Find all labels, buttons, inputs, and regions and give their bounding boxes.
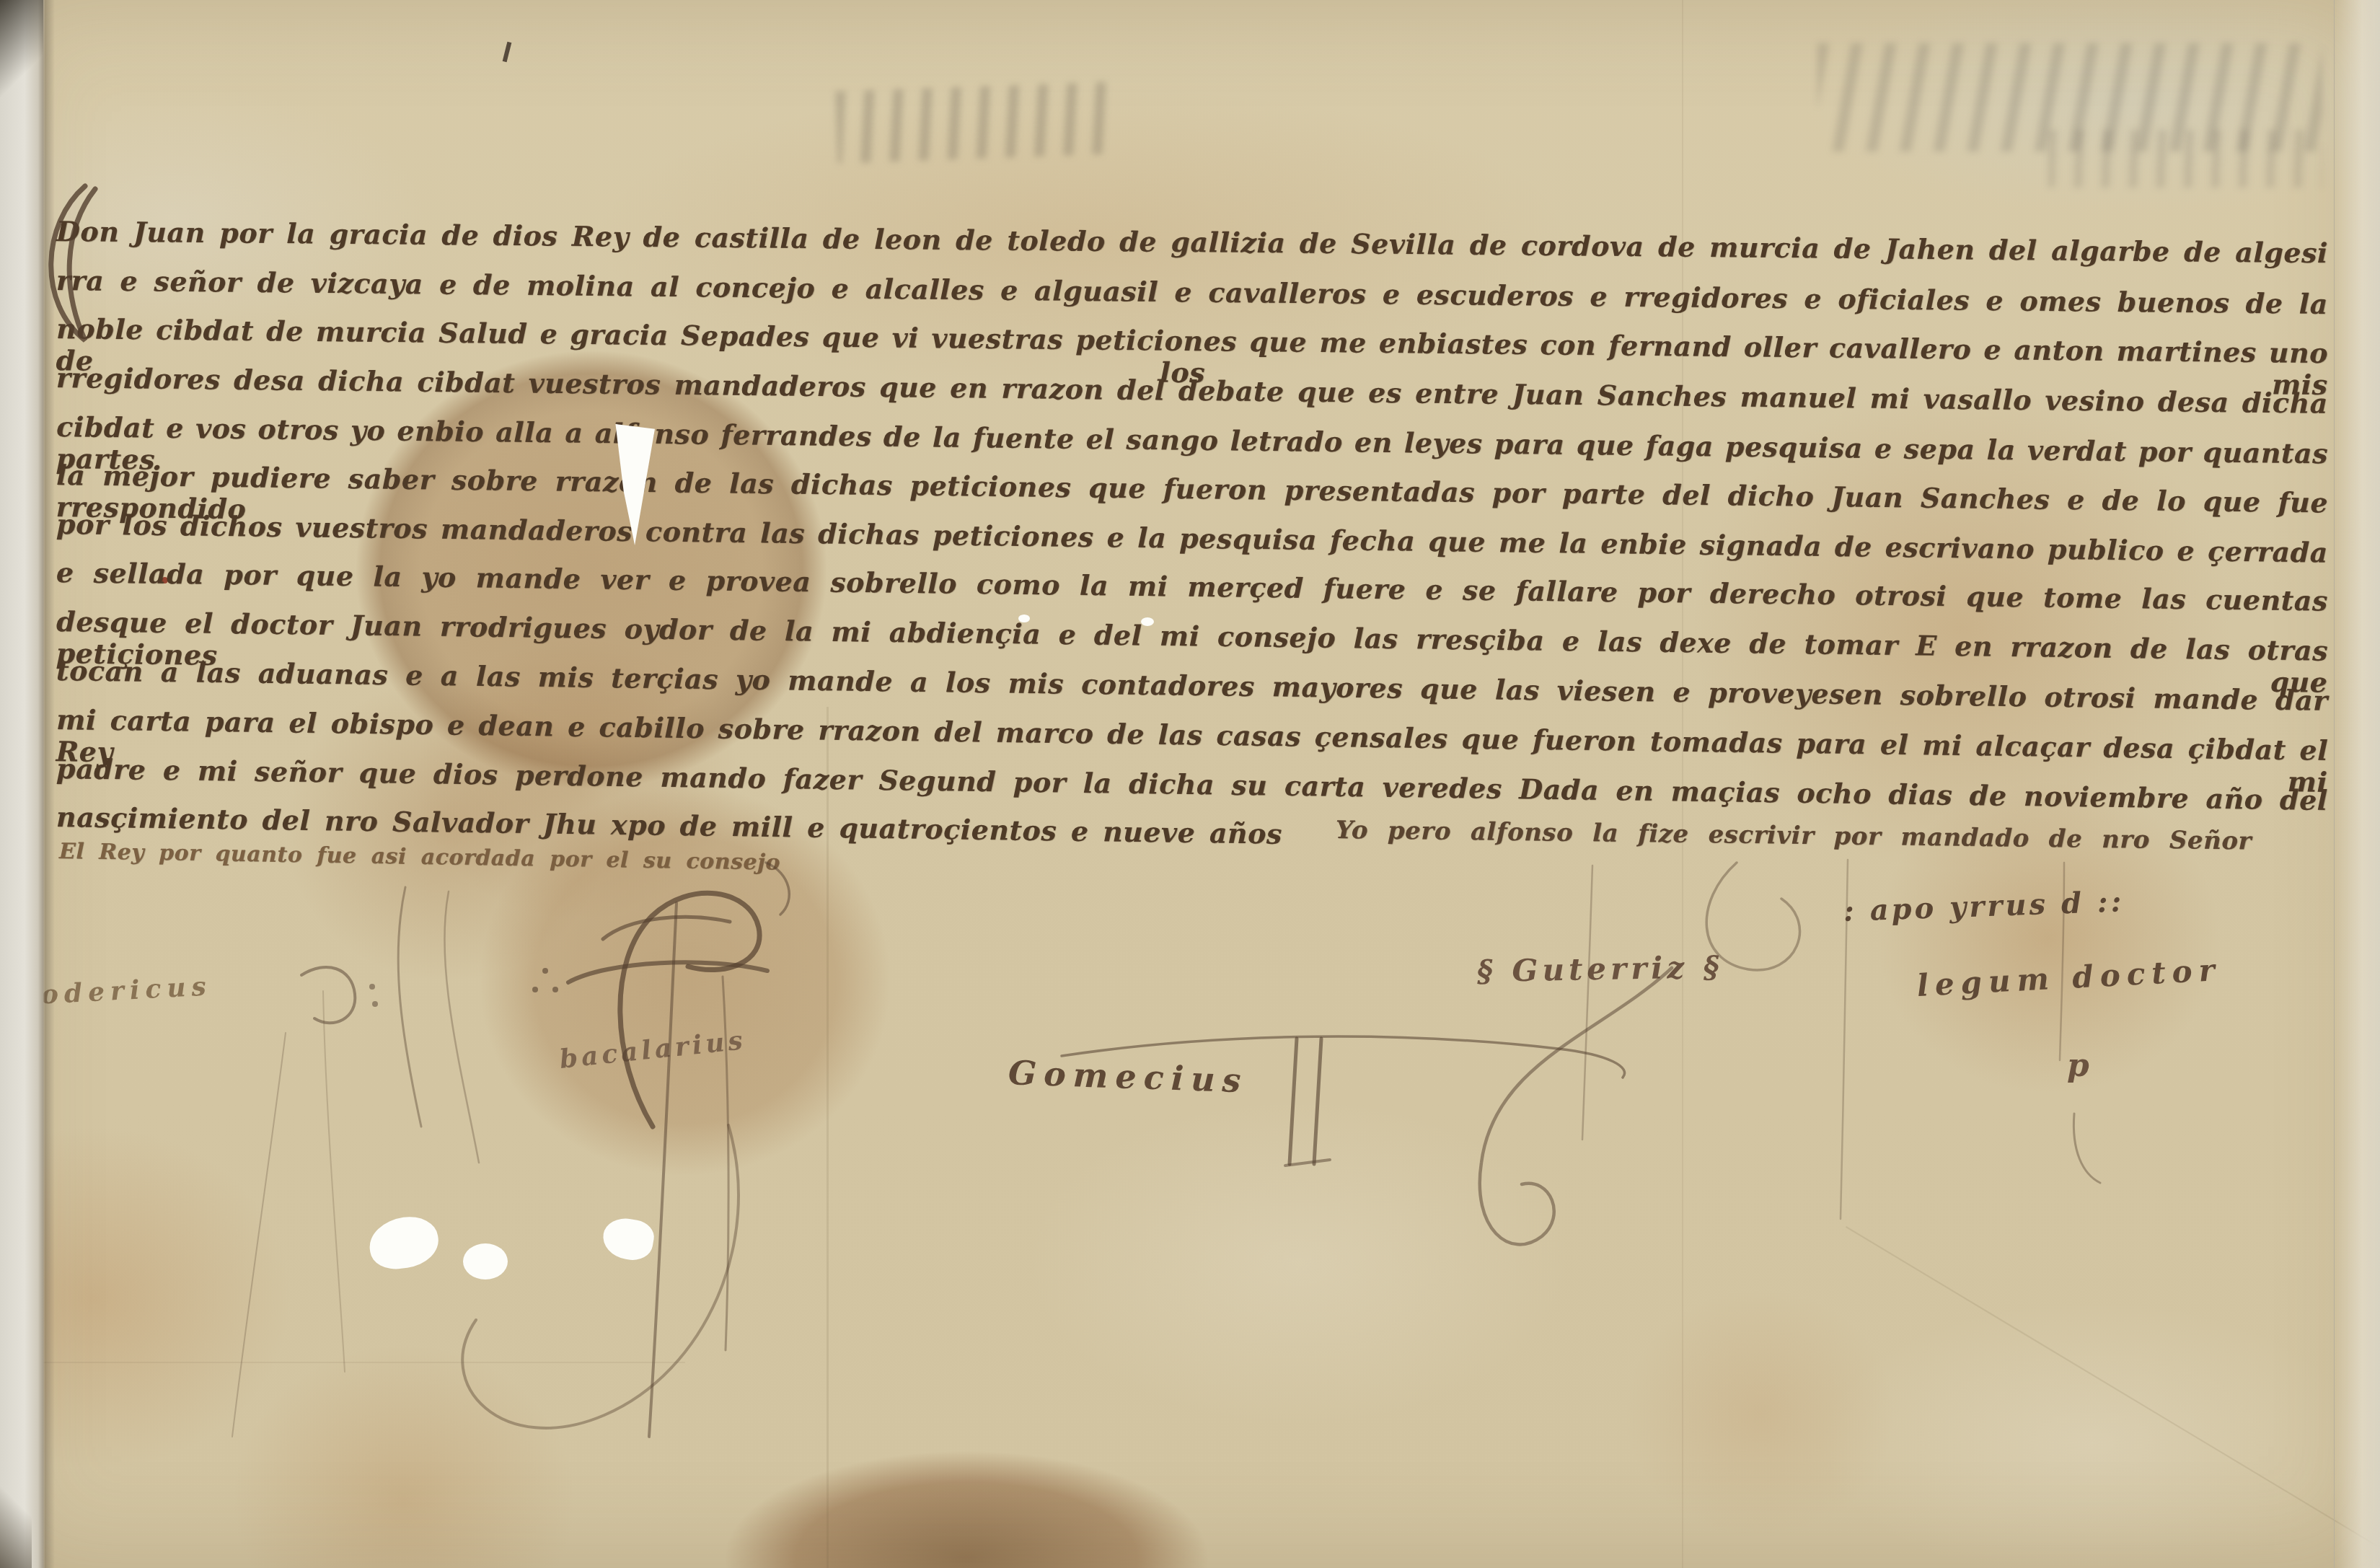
- rubric-dot: [372, 1001, 378, 1007]
- sancius-monogram-bar: [603, 917, 730, 939]
- rubric-dot: [532, 987, 538, 992]
- marginal-paraph: [301, 967, 355, 1023]
- marginal-hairline: [232, 1033, 286, 1437]
- rubric-dot: [369, 984, 375, 990]
- sancius-monogram-bar: [568, 962, 767, 982]
- parchment-fleck: [1018, 615, 1030, 622]
- scan-corner-shadow: [0, 1481, 32, 1568]
- rubric-dot: [542, 968, 548, 974]
- right-page-edge: [2334, 0, 2380, 1568]
- guterriz-tail: [1480, 968, 1672, 1244]
- parchment-fleck: [1141, 617, 1154, 626]
- council-note-tail: [444, 891, 479, 1163]
- rubric-dot: [552, 987, 558, 992]
- vertical-crease: [1682, 0, 1683, 1568]
- scribe-descender: [1582, 866, 1592, 1140]
- gomecius-swash: [1062, 1036, 1625, 1078]
- marginal-hairline: [323, 991, 345, 1372]
- gomecius-strokes: [1285, 1160, 1330, 1166]
- manuscript-page: Don Juan por la gracia de dios Rey de ca…: [0, 0, 2380, 1568]
- scribe-descender: [1841, 860, 1848, 1219]
- monogram-bottom-loop: [462, 1125, 739, 1428]
- council-note-end-squiggle: [766, 863, 789, 915]
- vertical-crease: [827, 707, 829, 1568]
- sancius-monogram: [620, 893, 759, 1127]
- council-note-tail: [398, 887, 421, 1127]
- horizontal-crease: [0, 1362, 685, 1363]
- scribe-descender: [2060, 863, 2064, 1060]
- monogram-tail: [723, 977, 728, 1350]
- parchment-left-seam: [45, 0, 55, 1568]
- scan-corner-shadow: [0, 0, 43, 108]
- p-mark-tail: [2073, 1114, 2100, 1183]
- gomecius-strokes: [1290, 1039, 1321, 1164]
- initial-letter-flourish: [51, 186, 95, 340]
- scribe-loop: [1706, 863, 1799, 970]
- monogram-tail: [649, 903, 676, 1437]
- left-page-edge: [0, 0, 45, 1568]
- parchment-hole: [463, 1243, 508, 1279]
